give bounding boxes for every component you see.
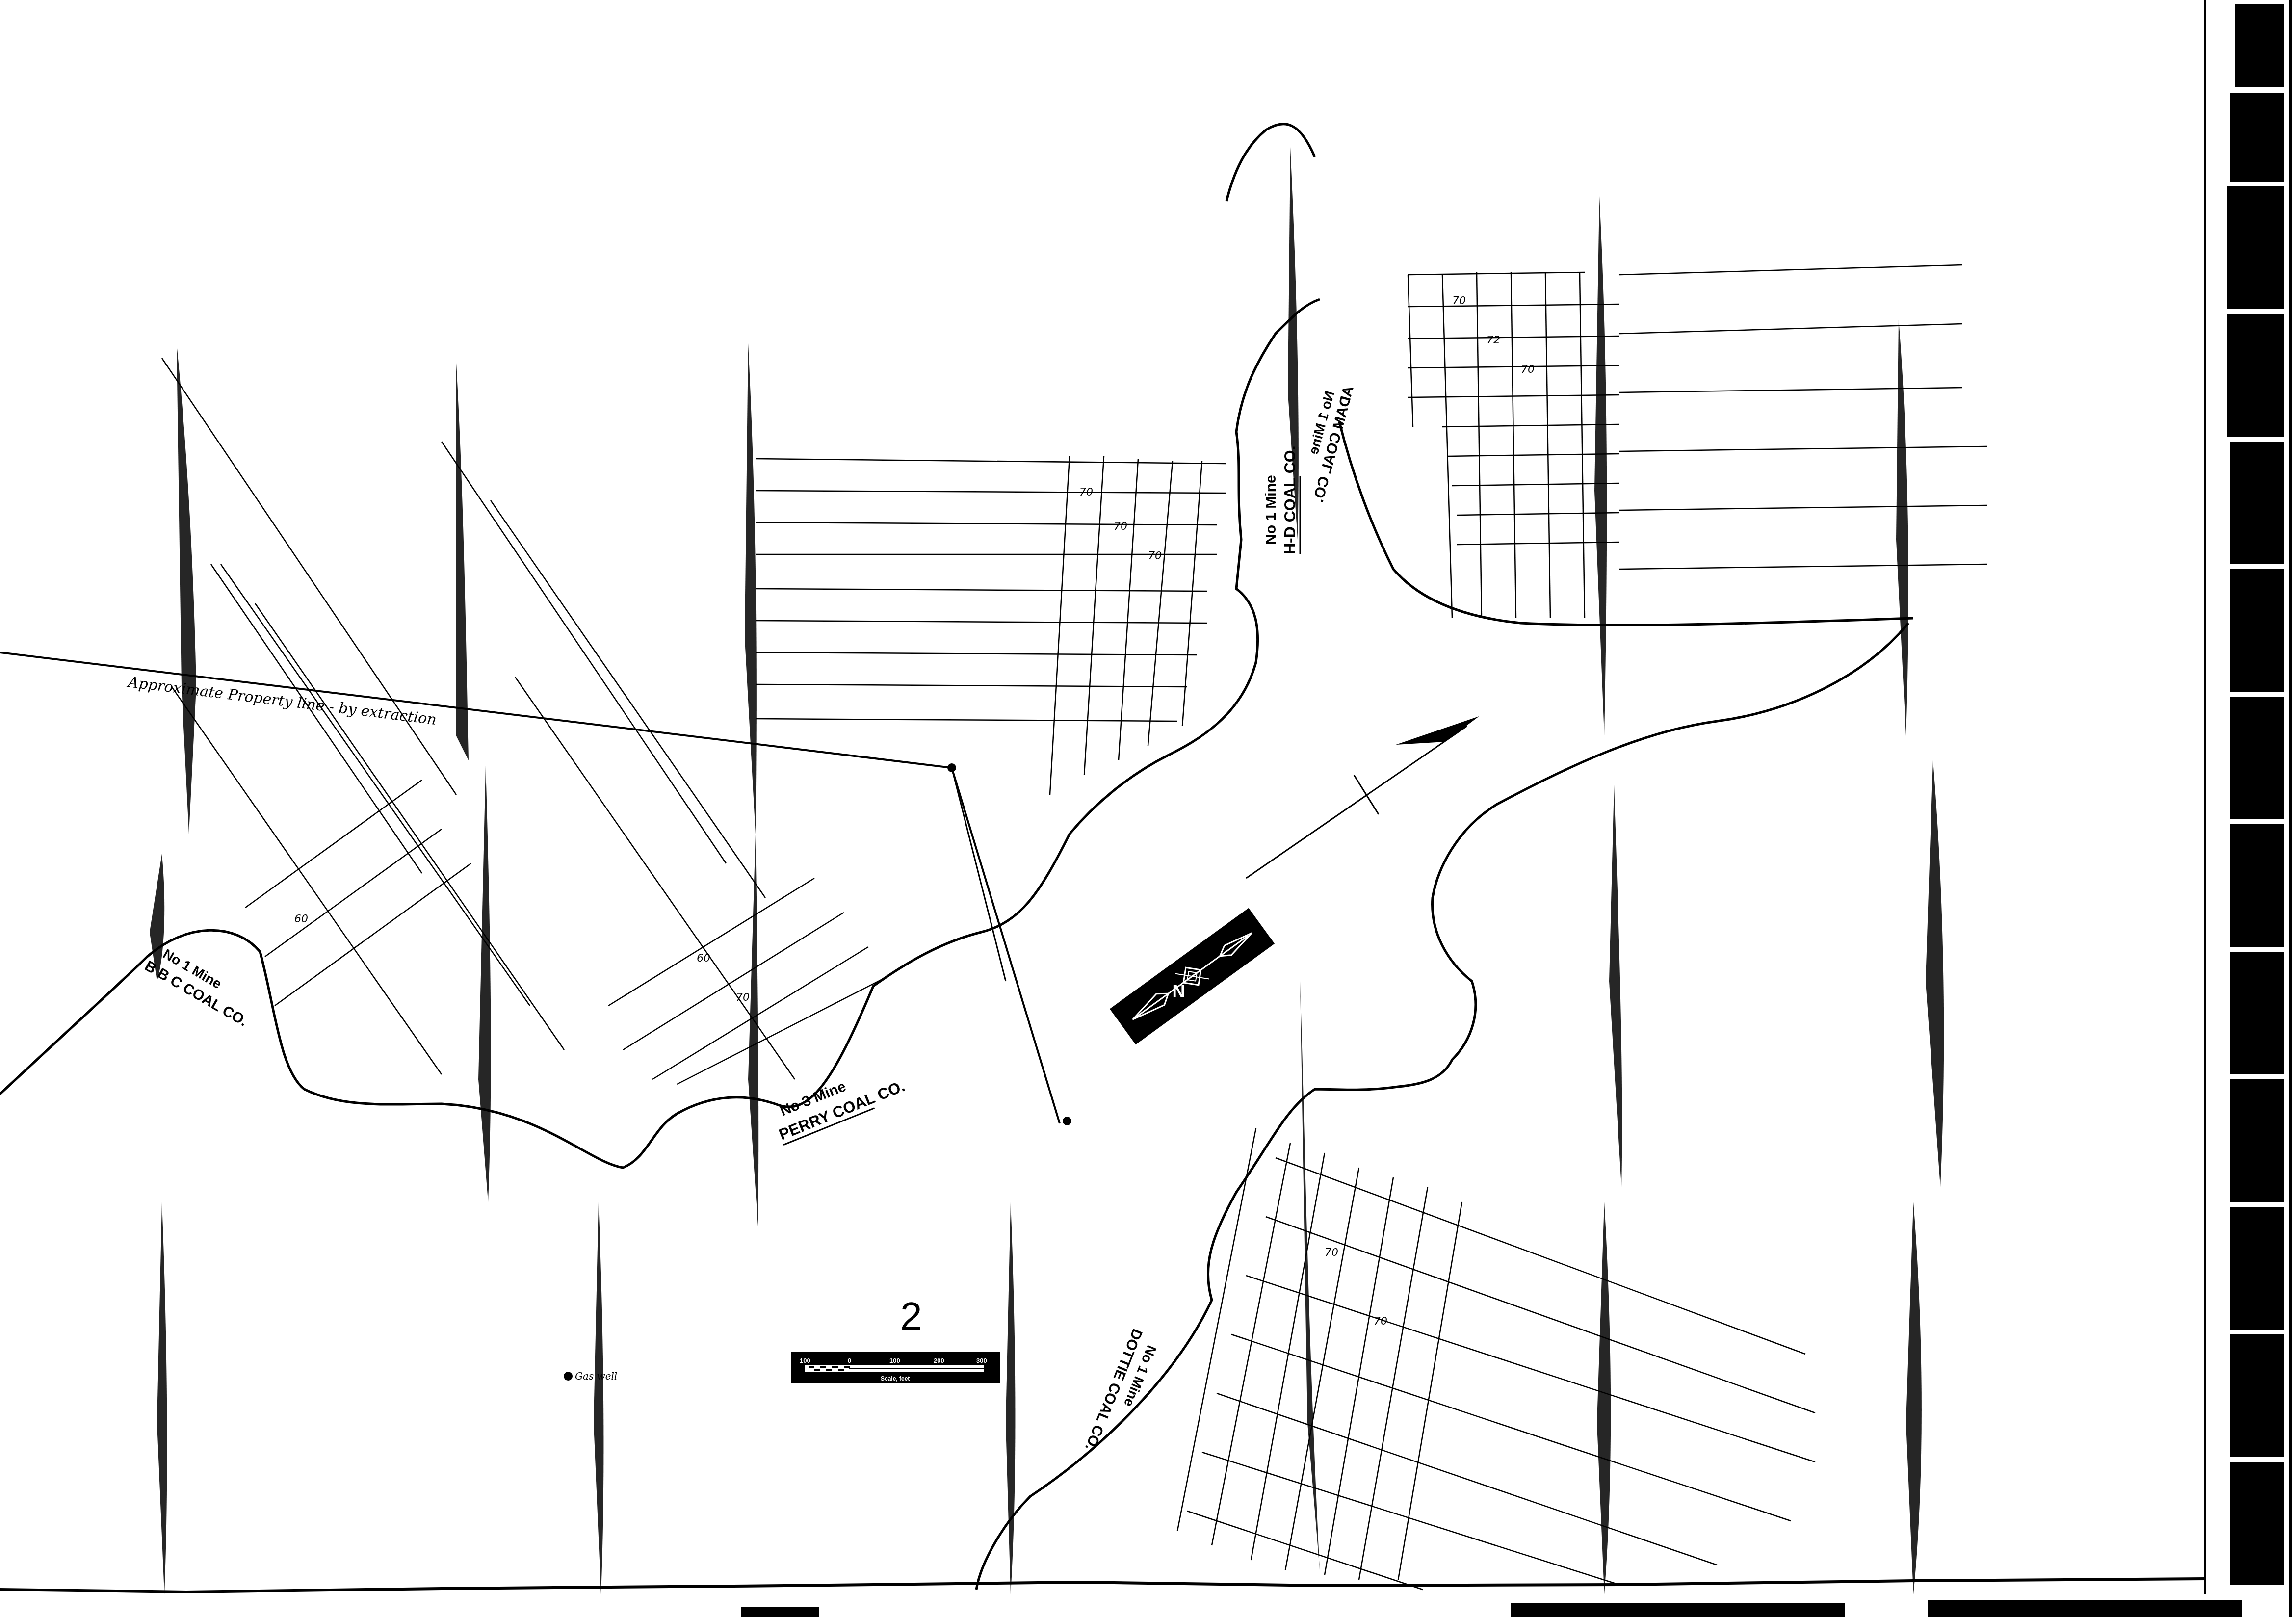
- svg-text:70: 70: [1452, 295, 1466, 307]
- pillar-values: 70 70 70 70 72 70 60 70 60 70 70: [294, 295, 1535, 1328]
- sheet-bottom-edge: [0, 1579, 2242, 1617]
- svg-text:70: 70: [1148, 550, 1162, 562]
- svg-text:70: 70: [736, 991, 750, 1004]
- svg-text:70: 70: [1325, 1247, 1338, 1259]
- gas-well: Gas well: [564, 1370, 617, 1382]
- svg-text:70: 70: [1114, 521, 1127, 533]
- svg-text:300: 300: [976, 1357, 987, 1364]
- property-line-note: Approximate Property line - by extractio…: [126, 674, 438, 729]
- mine-map: Approximate Property line - by extractio…: [0, 0, 2296, 1617]
- svg-text:200: 200: [934, 1357, 944, 1364]
- survey-arrow: [1396, 716, 1479, 745]
- svg-text:70: 70: [1079, 486, 1093, 498]
- scale-bar: 100 0 100 200 300 Scale, feet: [791, 1352, 1000, 1383]
- survey-baseline: [1246, 726, 1467, 878]
- svg-text:70: 70: [1521, 364, 1535, 376]
- north-arrow: N: [1110, 908, 1275, 1045]
- svg-text:100: 100: [889, 1357, 900, 1364]
- dottie-workings: [1177, 1128, 1815, 1590]
- svg-text:72: 72: [1487, 334, 1500, 346]
- sheet-edge-strip: [2205, 0, 2290, 1617]
- hd-workings: [756, 456, 1226, 795]
- north-label: N: [1173, 981, 1185, 1001]
- sheet-number: 2: [900, 1294, 922, 1338]
- dottie-mine-label: No 1 Mine DOTTIE COAL CO.: [1082, 1327, 1163, 1460]
- svg-text:60: 60: [294, 913, 308, 925]
- gas-well-label: Gas well: [575, 1370, 617, 1382]
- svg-text:H-D COAL CO.: H-D COAL CO.: [1281, 445, 1299, 554]
- hd-mine-label: No 1 Mine H-D COAL CO.: [1263, 445, 1300, 554]
- svg-text:No 1 Mine: No 1 Mine: [1263, 475, 1279, 545]
- bbc-workings: [162, 358, 888, 1084]
- svg-text:0: 0: [848, 1357, 851, 1364]
- svg-text:60: 60: [697, 952, 710, 965]
- fold-smudges: [150, 147, 1944, 1594]
- adam-mine-label: No 1 Mine ADAM COAL CO.: [1294, 380, 1357, 504]
- svg-text:70: 70: [1374, 1315, 1387, 1328]
- svg-text:100: 100: [800, 1357, 810, 1364]
- scale-label: Scale, feet: [881, 1375, 910, 1382]
